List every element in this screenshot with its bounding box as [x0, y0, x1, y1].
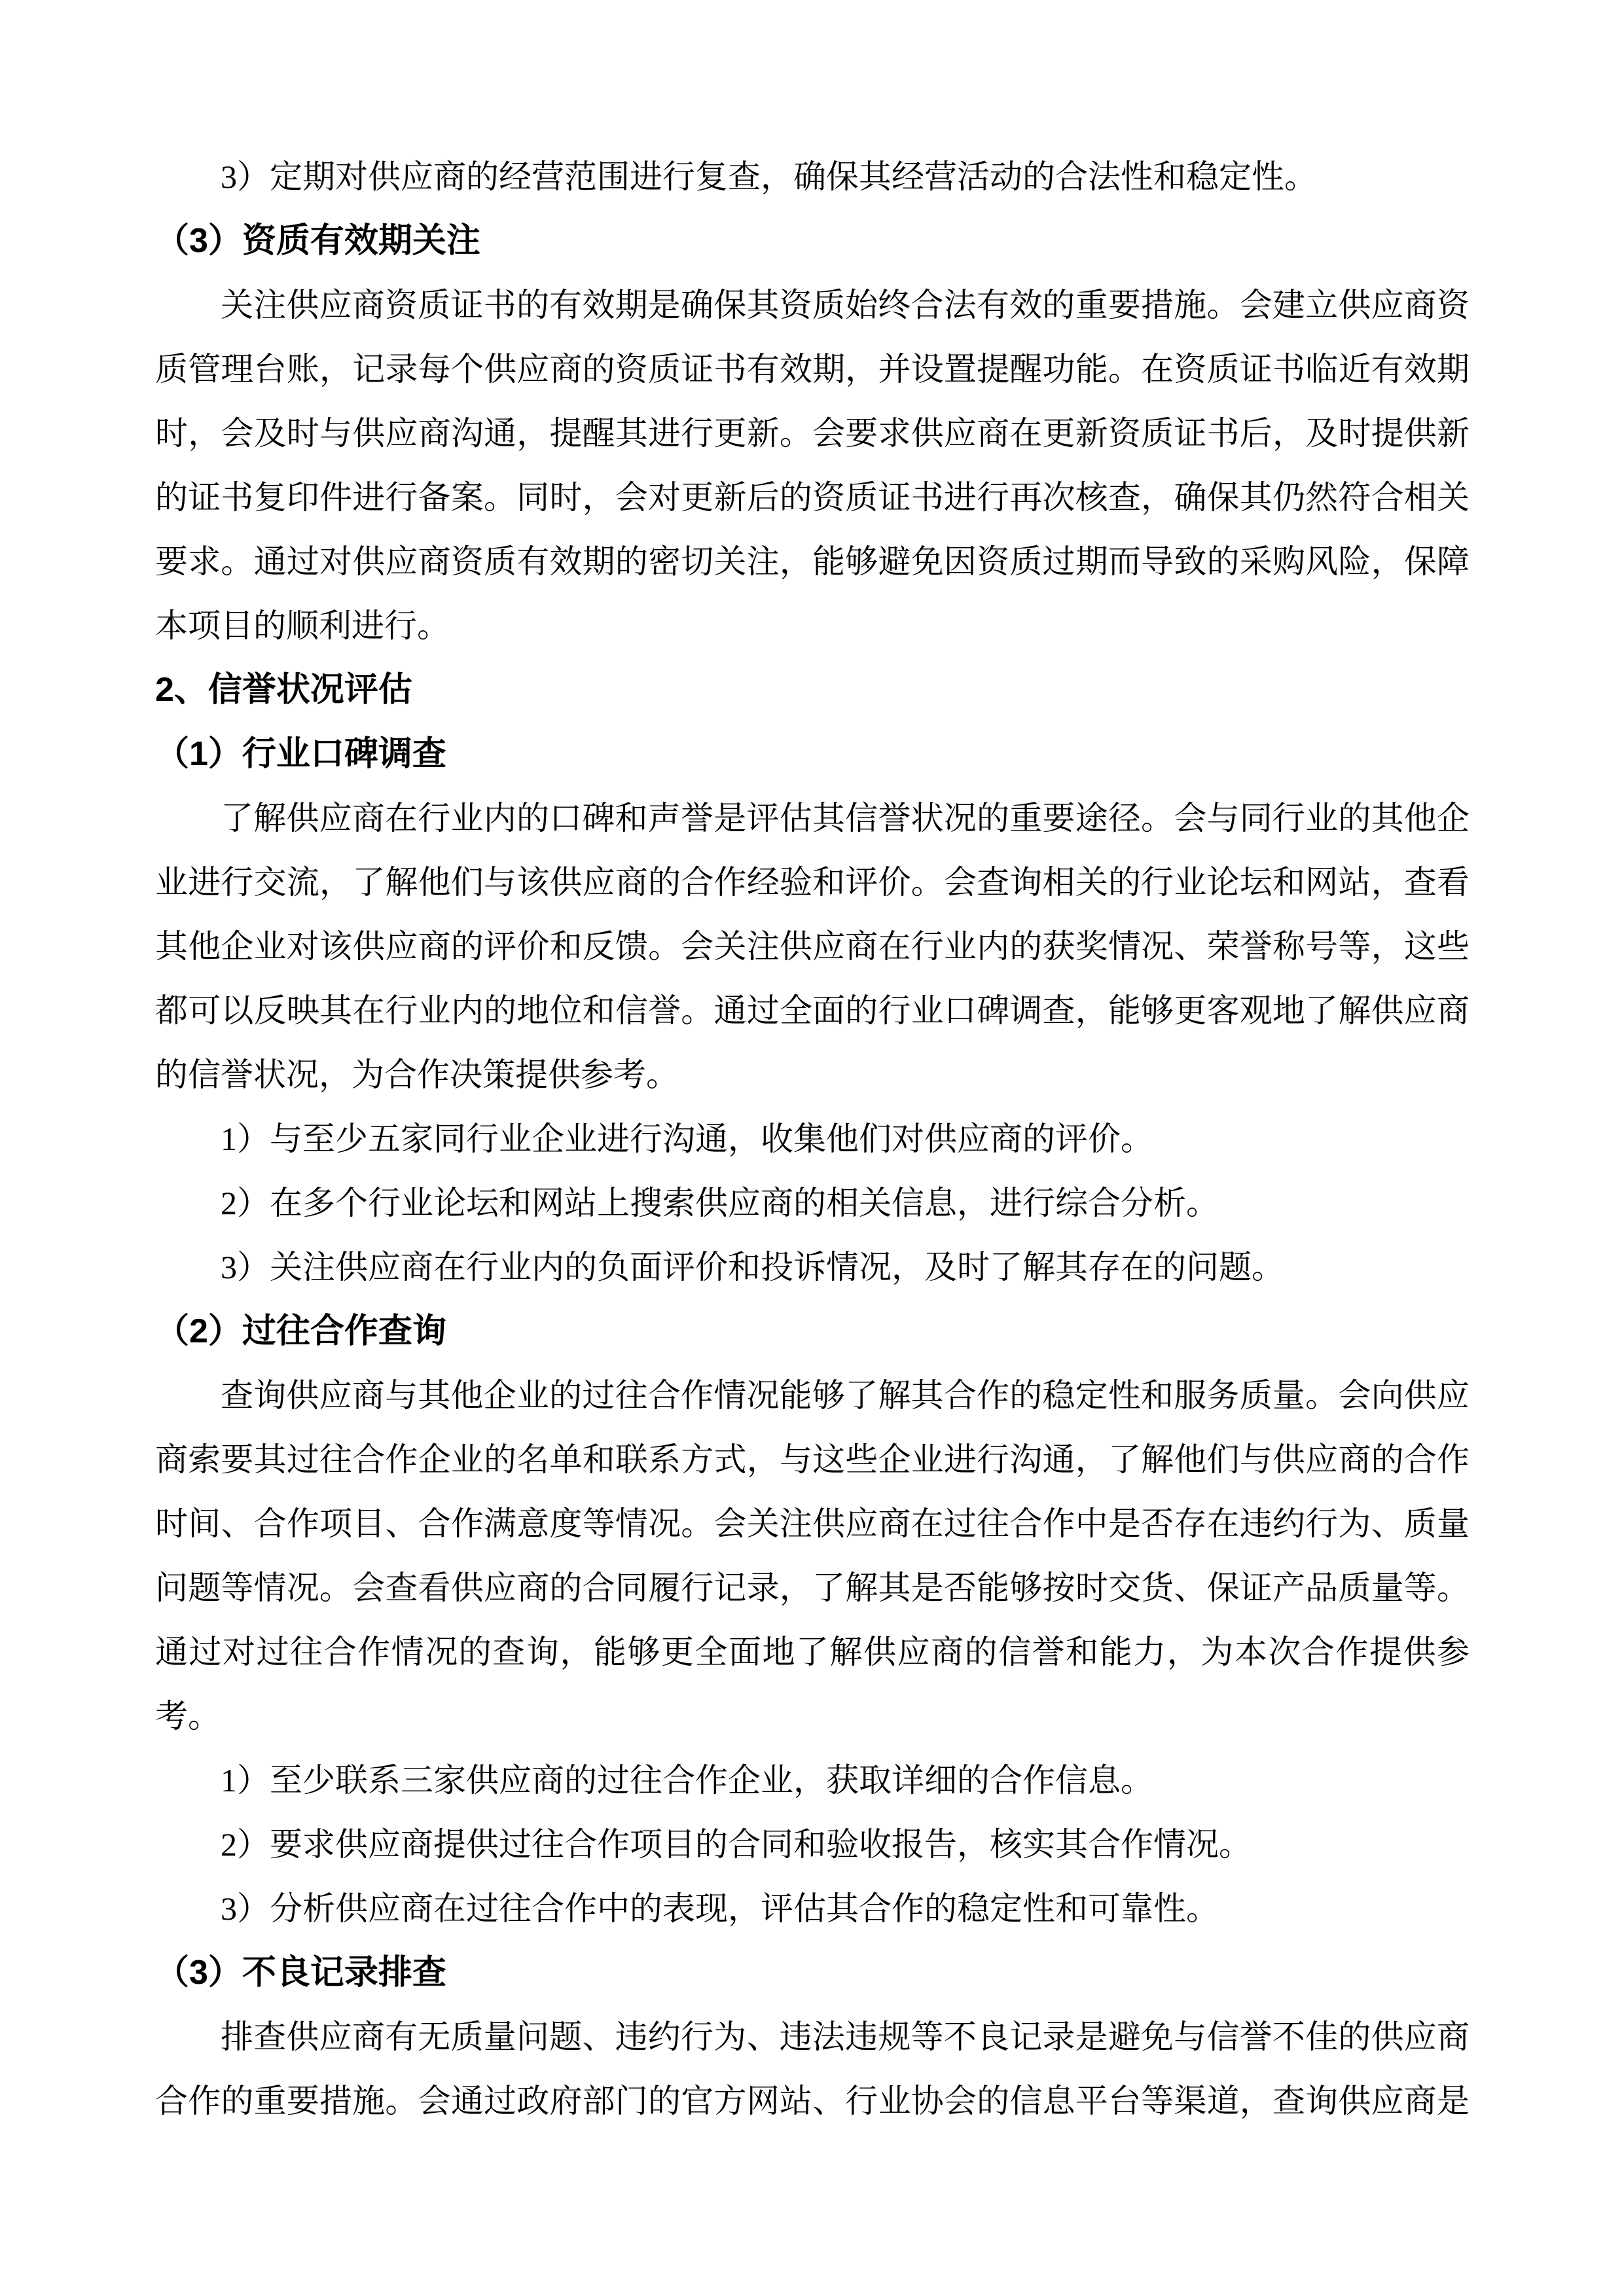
- text-line: 考。: [155, 1684, 1470, 1748]
- text-line: 业进行交流，了解他们与该供应商的合作经验和评价。会查询相关的行业论坛和网站，查看: [155, 850, 1470, 914]
- heading-line: 2、信誉状况评估: [155, 658, 1470, 722]
- heading-line: （3）不良记录排查: [155, 1941, 1470, 2005]
- text-line: 关注供应商资质证书的有效期是确保其资质始终合法有效的重要措施。会建立供应商资: [155, 273, 1470, 337]
- text-line: 1）与至少五家同行业企业进行沟通，收集他们对供应商的评价。: [155, 1107, 1470, 1171]
- text-line: 3）分析供应商在过往合作中的表现，评估其合作的稳定性和可靠性。: [155, 1876, 1470, 1941]
- heading-line: （2）过往合作查询: [155, 1299, 1470, 1363]
- text-line: 本项目的顺利进行。: [155, 594, 1470, 658]
- text-line: 1）至少联系三家供应商的过往合作企业，获取详细的合作信息。: [155, 1748, 1470, 1812]
- text-line: 都可以反映其在行业内的地位和信誉。通过全面的行业口碑调查，能够更客观地了解供应商: [155, 978, 1470, 1043]
- text-line: 要求。通过对供应商资质有效期的密切关注，能够避免因资质过期而导致的采购风险，保障: [155, 529, 1470, 594]
- text-line: 通过对过往合作情况的查询，能够更全面地了解供应商的信誉和能力，为本次合作提供参: [155, 1620, 1470, 1684]
- document-body: 3）定期对供应商的经营范围进行复查，确保其经营活动的合法性和稳定性。（3）资质有…: [155, 145, 1470, 2133]
- text-line: 3）关注供应商在行业内的负面评价和投诉情况，及时了解其存在的问题。: [155, 1235, 1470, 1299]
- text-line: 的证书复印件进行备案。同时，会对更新后的资质证书进行再次核查，确保其仍然符合相关: [155, 465, 1470, 529]
- text-line: 商索要其过往合作企业的名单和联系方式，与这些企业进行沟通，了解他们与供应商的合作: [155, 1427, 1470, 1492]
- text-line: 了解供应商在行业内的口碑和声誉是评估其信誉状况的重要途径。会与同行业的其他企: [155, 786, 1470, 850]
- text-line: 2）要求供应商提供过往合作项目的合同和验收报告，核实其合作情况。: [155, 1812, 1470, 1876]
- text-line: 2）在多个行业论坛和网站上搜索供应商的相关信息，进行综合分析。: [155, 1171, 1470, 1235]
- text-line: 质管理台账，记录每个供应商的资质证书有效期，并设置提醒功能。在资质证书临近有效期: [155, 337, 1470, 401]
- text-line: 3）定期对供应商的经营范围进行复查，确保其经营活动的合法性和稳定性。: [155, 145, 1470, 209]
- text-line: 其他企业对该供应商的评价和反馈。会关注供应商在行业内的获奖情况、荣誉称号等，这些: [155, 914, 1470, 978]
- document-page: 3）定期对供应商的经营范围进行复查，确保其经营活动的合法性和稳定性。（3）资质有…: [0, 0, 1624, 2296]
- text-line: 查询供应商与其他企业的过往合作情况能够了解其合作的稳定性和服务质量。会向供应: [155, 1363, 1470, 1427]
- heading-line: （1）行业口碑调查: [155, 722, 1470, 786]
- text-line: 时，会及时与供应商沟通，提醒其进行更新。会要求供应商在更新资质证书后，及时提供新: [155, 401, 1470, 465]
- text-line: 排查供应商有无质量问题、违约行为、违法违规等不良记录是避免与信誉不佳的供应商: [155, 2005, 1470, 2069]
- text-line: 的信誉状况，为合作决策提供参考。: [155, 1043, 1470, 1107]
- heading-line: （3）资质有效期关注: [155, 209, 1470, 273]
- text-line: 问题等情况。会查看供应商的合同履行记录，了解其是否能够按时交货、保证产品质量等。: [155, 1556, 1470, 1620]
- text-line: 合作的重要措施。会通过政府部门的官方网站、行业协会的信息平台等渠道，查询供应商是: [155, 2069, 1470, 2133]
- text-line: 时间、合作项目、合作满意度等情况。会关注供应商在过往合作中是否存在违约行为、质量: [155, 1492, 1470, 1556]
